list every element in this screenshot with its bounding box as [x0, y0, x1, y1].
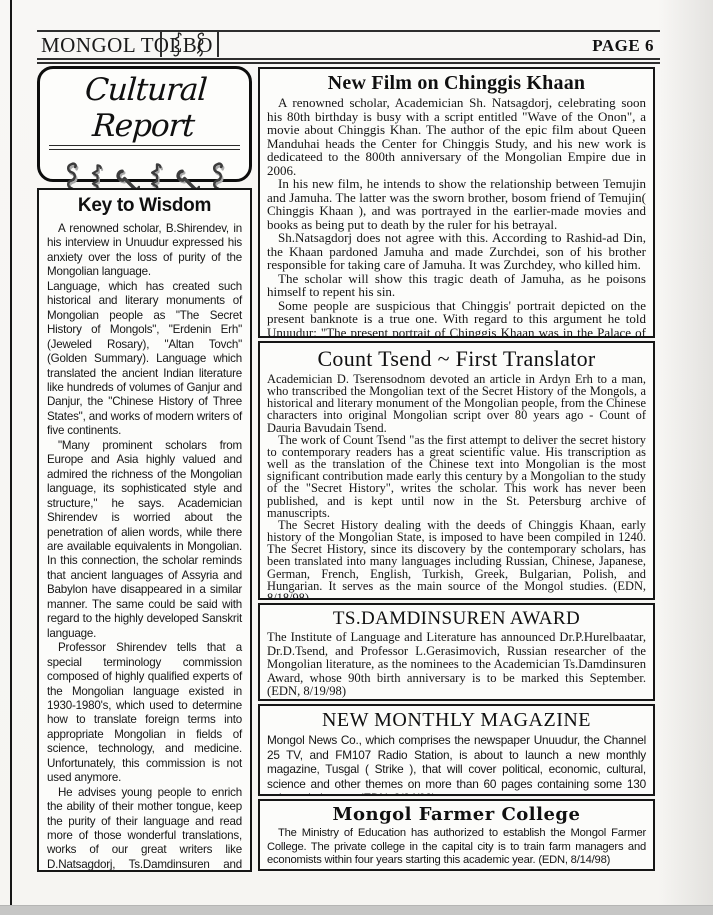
article-title: Mongol Farmer College: [267, 804, 646, 825]
article-paragraph: Language, which has created such histori…: [47, 280, 242, 439]
banner-double-rule: [49, 145, 240, 150]
article-title: TS.DAMDINSUREN AWARD: [267, 608, 646, 630]
mongolian-script-icon: [162, 30, 217, 60]
article-paragraph: The work of Count Tsend "as the first at…: [267, 434, 646, 519]
article-paragraph: The scholar will show this tragic death …: [267, 272, 646, 299]
article-paragraph: In his new film, he intends to show the …: [267, 177, 646, 231]
article-paragraph: The Secret History dealing with the deed…: [267, 519, 646, 600]
article-new-film: New Film on Chinggis Khaan A renowned sc…: [258, 67, 655, 338]
scanned-newsletter-page: MONGOL TOLBO PAGE 6 Cultural Report: [0, 0, 713, 915]
article-paragraph: Some people are suspicious that Chinggis…: [267, 299, 646, 339]
cultural-report-banner: Cultural Report: [37, 66, 252, 182]
article-count-tsend: Count Tsend ~ First Translator Academici…: [258, 341, 655, 600]
article-key-to-wisdom: Key to Wisdom A renowned scholar, B.Shir…: [37, 188, 252, 872]
scan-edge-line: [10, 0, 12, 915]
article-paragraph: Professor Shirendev tells that a special…: [47, 641, 242, 786]
article-title: New Film on Chinggis Khaan: [267, 72, 646, 95]
scan-bottom-bar: [0, 905, 713, 915]
article-paragraph: The Ministry of Education has authorized…: [267, 827, 646, 868]
article-paragraph: A renowned scholar, Academician Sh. Nats…: [267, 96, 646, 177]
article-paragraph: Mongol News Co., which comprises the new…: [267, 733, 646, 796]
article-title: Count Tsend ~ First Translator: [267, 346, 646, 372]
article-damdinsuren-award: TS.DAMDINSUREN AWARD The Institute of La…: [258, 603, 655, 701]
article-paragraph: He advises young people to enrich the ab…: [47, 786, 242, 872]
article-new-monthly-magazine: NEW MONTHLY MAGAZINE Mongol News Co., wh…: [258, 704, 655, 796]
masthead-divider: [217, 32, 219, 57]
scan-page-edge-shade: [658, 0, 713, 915]
mongolian-glyph-icon: [194, 31, 207, 59]
article-paragraph: Academician D. Tserensodnom devoted an a…: [267, 373, 646, 434]
article-paragraph: "Many prominent scholars from Europe and…: [47, 439, 242, 641]
masthead: MONGOL TOLBO PAGE 6: [37, 32, 660, 57]
banner-title: Cultural Report: [37, 72, 251, 144]
article-mongol-farmer-college: Mongol Farmer College The Ministry of Ed…: [258, 799, 655, 871]
article-title: NEW MONTHLY MAGAZINE: [267, 709, 646, 732]
masthead-bottom-rule: [37, 58, 660, 60]
article-paragraph: A renowned scholar, B.Shirendev, in his …: [47, 222, 242, 280]
article-title: Key to Wisdom: [47, 195, 242, 217]
masthead-bottom-rule: [37, 62, 660, 64]
article-paragraph: The Institute of Language and Literature…: [267, 631, 646, 699]
mongolian-glyph-icon: [172, 31, 185, 59]
article-paragraph: Sh.Natsagdorj does not agree with this. …: [267, 231, 646, 272]
page-number: PAGE 6: [592, 36, 654, 56]
